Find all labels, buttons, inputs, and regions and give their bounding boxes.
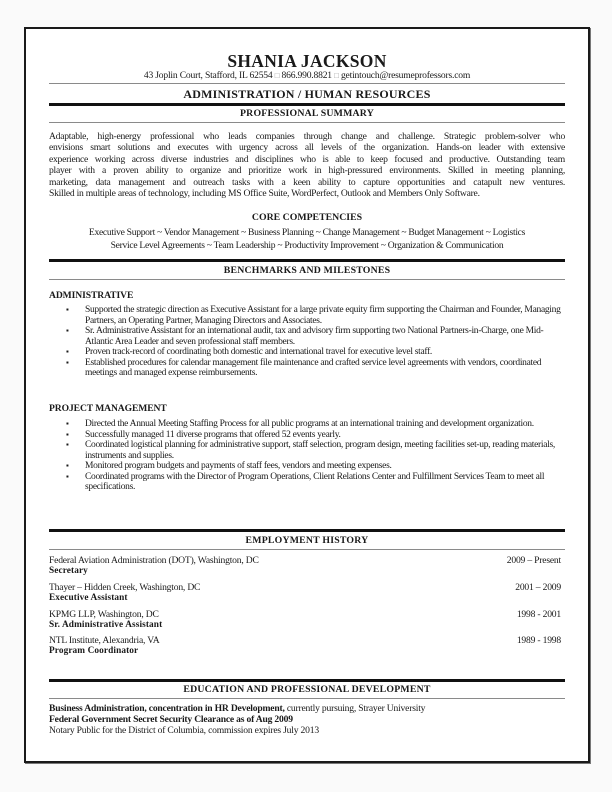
summary-line: marketing, data management and outreach … (49, 177, 565, 188)
benchmarks-heading: BENCHMARKS AND MILESTONES (49, 265, 565, 276)
job-org: NTL Institute, Alexandria, VA (49, 635, 565, 646)
employment-heading: EMPLOYMENT HISTORY (49, 535, 565, 546)
job-entry: NTL Institute, Alexandria, VA 1989 - 199… (49, 635, 565, 657)
summary-line: Skilled in multiple areas of technology,… (49, 188, 565, 199)
contact-line: 43 Joplin Court, Stafford, IL 62554 □ 86… (49, 70, 565, 81)
divider-thick (49, 259, 565, 262)
list-item: Monitored program budgets and payments o… (85, 461, 565, 472)
professional-title: ADMINISTRATION / HUMAN RESOURCES (49, 87, 565, 102)
list-item: Directed the Annual Meeting Staffing Pro… (85, 419, 565, 430)
job-dates: 2009 – Present (507, 555, 561, 566)
competencies-line: Service Level Agreements ~ Team Leadersh… (43, 240, 571, 251)
job-dates: 1998 - 2001 (517, 609, 561, 620)
divider-thick (49, 529, 565, 532)
competencies-line: Executive Support ~ Vendor Management ~ … (43, 227, 571, 238)
job-dates: 1989 - 1998 (517, 635, 561, 646)
job-role: Sr. Administrative Assistant (49, 620, 565, 631)
job-role: Program Coordinator (49, 646, 565, 657)
education-item: Notary Public for the District of Columb… (49, 725, 565, 736)
job-entry: Federal Aviation Administration (DOT), W… (49, 555, 565, 577)
list-item: Coordinated logistical planning for admi… (85, 440, 565, 461)
job-org: KPMG LLP, Washington, DC (49, 609, 565, 620)
project-management-list: Directed the Annual Meeting Staffing Pro… (85, 419, 565, 493)
list-item: Established procedures for calendar mana… (85, 358, 565, 379)
job-dates: 2001 – 2009 (515, 582, 561, 593)
competencies-heading: CORE COMPETENCIES (49, 212, 565, 223)
summary-line: Adaptable, high-energy professional who … (49, 131, 565, 142)
job-role: Secretary (49, 566, 565, 577)
divider-thick (49, 679, 565, 682)
summary-line: envisions smart solutions and executes w… (49, 142, 565, 153)
administrative-heading: ADMINISTRATIVE (49, 290, 133, 301)
phone: 866.990.8821 (282, 70, 332, 81)
divider (49, 279, 565, 280)
job-entry: Thayer – Hidden Creek, Washington, DC 20… (49, 582, 565, 604)
education-heading: EDUCATION AND PROFESSIONAL DEVELOPMENT (49, 684, 565, 695)
list-item: Proven track-record of coordinating both… (85, 347, 565, 358)
summary-text: Adaptable, high-energy professional who … (49, 131, 565, 199)
job-org: Thayer – Hidden Creek, Washington, DC (49, 582, 565, 593)
divider-thick (49, 103, 565, 106)
list-item: Supported the strategic direction as Exe… (85, 305, 565, 326)
summary-line: experience working across diverse indust… (49, 154, 565, 165)
summary-line: player with a proven ability to organize… (49, 165, 565, 176)
education-item: Business Administration, concentration i… (49, 703, 565, 714)
administrative-list: Supported the strategic direction as Exe… (85, 305, 565, 379)
summary-heading: PROFESSIONAL SUMMARY (49, 108, 565, 119)
divider (49, 122, 565, 123)
separator-icon: □ (334, 71, 339, 80)
list-item: Coordinated programs with the Director o… (85, 472, 565, 493)
candidate-name: SHANIA JACKSON (49, 51, 565, 72)
email: getintouch@resumeprofessors.com (341, 70, 470, 81)
divider (49, 698, 565, 699)
education-list: Business Administration, concentration i… (49, 703, 565, 737)
education-item: Federal Government Secret Security Clear… (49, 714, 565, 725)
project-management-heading: PROJECT MANAGEMENT (49, 403, 167, 414)
job-role: Executive Assistant (49, 593, 565, 604)
divider (49, 549, 565, 550)
job-entry: KPMG LLP, Washington, DC 1998 - 2001 Sr.… (49, 609, 565, 631)
separator-icon: □ (275, 71, 280, 80)
list-item: Sr. Administrative Assistant for an inte… (85, 326, 565, 347)
list-item: Successfully managed 11 diverse programs… (85, 430, 565, 441)
divider (49, 83, 565, 84)
job-org: Federal Aviation Administration (DOT), W… (49, 555, 565, 566)
address: 43 Joplin Court, Stafford, IL 62554 (144, 70, 273, 81)
resume-page: SHANIA JACKSON 43 Joplin Court, Stafford… (24, 27, 590, 763)
